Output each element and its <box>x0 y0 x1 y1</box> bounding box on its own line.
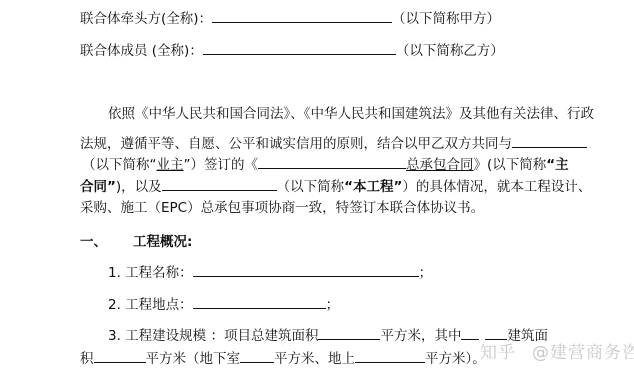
item-text: 平方米，其中 <box>380 328 461 344</box>
item-label: 3. 工程建设规模 ：项目总建筑面积 <box>108 328 318 344</box>
party-lead-blank[interactable] <box>212 8 392 23</box>
area-blank[interactable] <box>94 348 146 363</box>
partner-blank[interactable] <box>512 133 587 148</box>
item-project-name: 1. 工程名称：； <box>108 262 432 283</box>
watermark-author: @建营商务咨询 <box>532 343 634 363</box>
party-lead-line: 联合体牵头方(全称)：（以下简称甲方） <box>80 8 500 29</box>
preamble-line-1: 依照《中华人民共和国合同法》、《中华人民共和国建筑法》及其他有关法律、行政 <box>108 104 594 124</box>
preamble-text: （以下简称“ <box>82 157 157 173</box>
preamble-text: ”）签订的《 <box>184 157 259 173</box>
preamble-text: （以下简称 <box>277 179 345 195</box>
section-title: 工程概况: <box>133 234 192 250</box>
item-label: 2. 工程地点： <box>108 297 193 313</box>
item-text: 平方米、地上 <box>274 351 355 367</box>
main-contract-term: “主 <box>546 157 568 173</box>
contract-name-blank[interactable] <box>258 154 406 169</box>
project-blank[interactable] <box>162 176 277 191</box>
item-text: 平方米（地下室 <box>146 351 241 367</box>
preamble-text: 依照《中华人民共和国合同法》、《中华人民共和国建筑法》及其他有关法律、行政 <box>108 106 594 122</box>
preamble-text: )，以及 <box>116 179 162 195</box>
project-location-blank[interactable] <box>193 294 326 309</box>
contract-type: 总承包合同 <box>406 157 474 173</box>
party-member-label: 联合体成员 (全称)： <box>80 43 203 59</box>
preamble-line-5: 采购、施工（EPC）总承包事项协商一致，特签订本联合体协议书。 <box>80 198 484 218</box>
building-type-blank-1[interactable] <box>461 325 479 340</box>
project-name-blank[interactable] <box>193 262 419 277</box>
party-member-line: 联合体成员 (全称)：（以下简称乙方） <box>80 40 504 61</box>
owner-term: 业主 <box>157 157 184 173</box>
preamble-line-2: 法规，遵循平等、自愿、公平和诚实信用的原则，结合以甲乙双方共同与 <box>80 133 587 154</box>
section-number: 一、 <box>80 234 107 250</box>
item-label: 1. 工程名称： <box>108 265 193 281</box>
preamble-text: 采购、施工（EPC）总承包事项协商一致，特签订本联合体协议书。 <box>80 200 484 216</box>
party-lead-suffix: （以下简称甲方） <box>392 11 500 27</box>
above-ground-area-blank[interactable] <box>355 348 425 363</box>
item-project-location: 2. 工程地点：； <box>108 294 339 315</box>
preamble-line-3: （以下简称“业主”）签订的《总承包合同》(以下简称“主 <box>82 154 569 175</box>
item-text: 积 <box>80 351 94 367</box>
item-end: ； <box>326 297 340 313</box>
party-member-blank[interactable] <box>203 40 396 55</box>
section-heading: 一、工程概况: <box>80 232 192 252</box>
watermark-site: 知乎 <box>480 343 516 363</box>
item-text: 平方米）。 <box>425 351 486 367</box>
item-end: ； <box>419 265 433 281</box>
preamble-text: 》(以下简称 <box>474 157 547 173</box>
project-term: “本工程” <box>344 179 402 195</box>
preamble-text: 法规，遵循平等、自愿、公平和诚实信用的原则，结合以甲乙双方共同与 <box>80 136 512 152</box>
main-contract-term: 合同” <box>80 179 116 195</box>
item-scale-line-2: 积平方米（地下室平方米、地上平方米）。 <box>80 348 486 369</box>
preamble-line-4: 合同”)，以及（以下简称“本工程”）的具体情况，就本工程设计、 <box>80 176 591 197</box>
watermark: 知乎@建营商务咨询 <box>480 338 634 363</box>
basement-area-blank[interactable] <box>240 348 274 363</box>
preamble-text: ）的具体情况，就本工程设计、 <box>402 179 591 195</box>
total-area-blank[interactable] <box>318 325 380 340</box>
party-member-suffix: （以下简称乙方） <box>396 43 504 59</box>
party-lead-label: 联合体牵头方(全称)： <box>80 11 212 27</box>
